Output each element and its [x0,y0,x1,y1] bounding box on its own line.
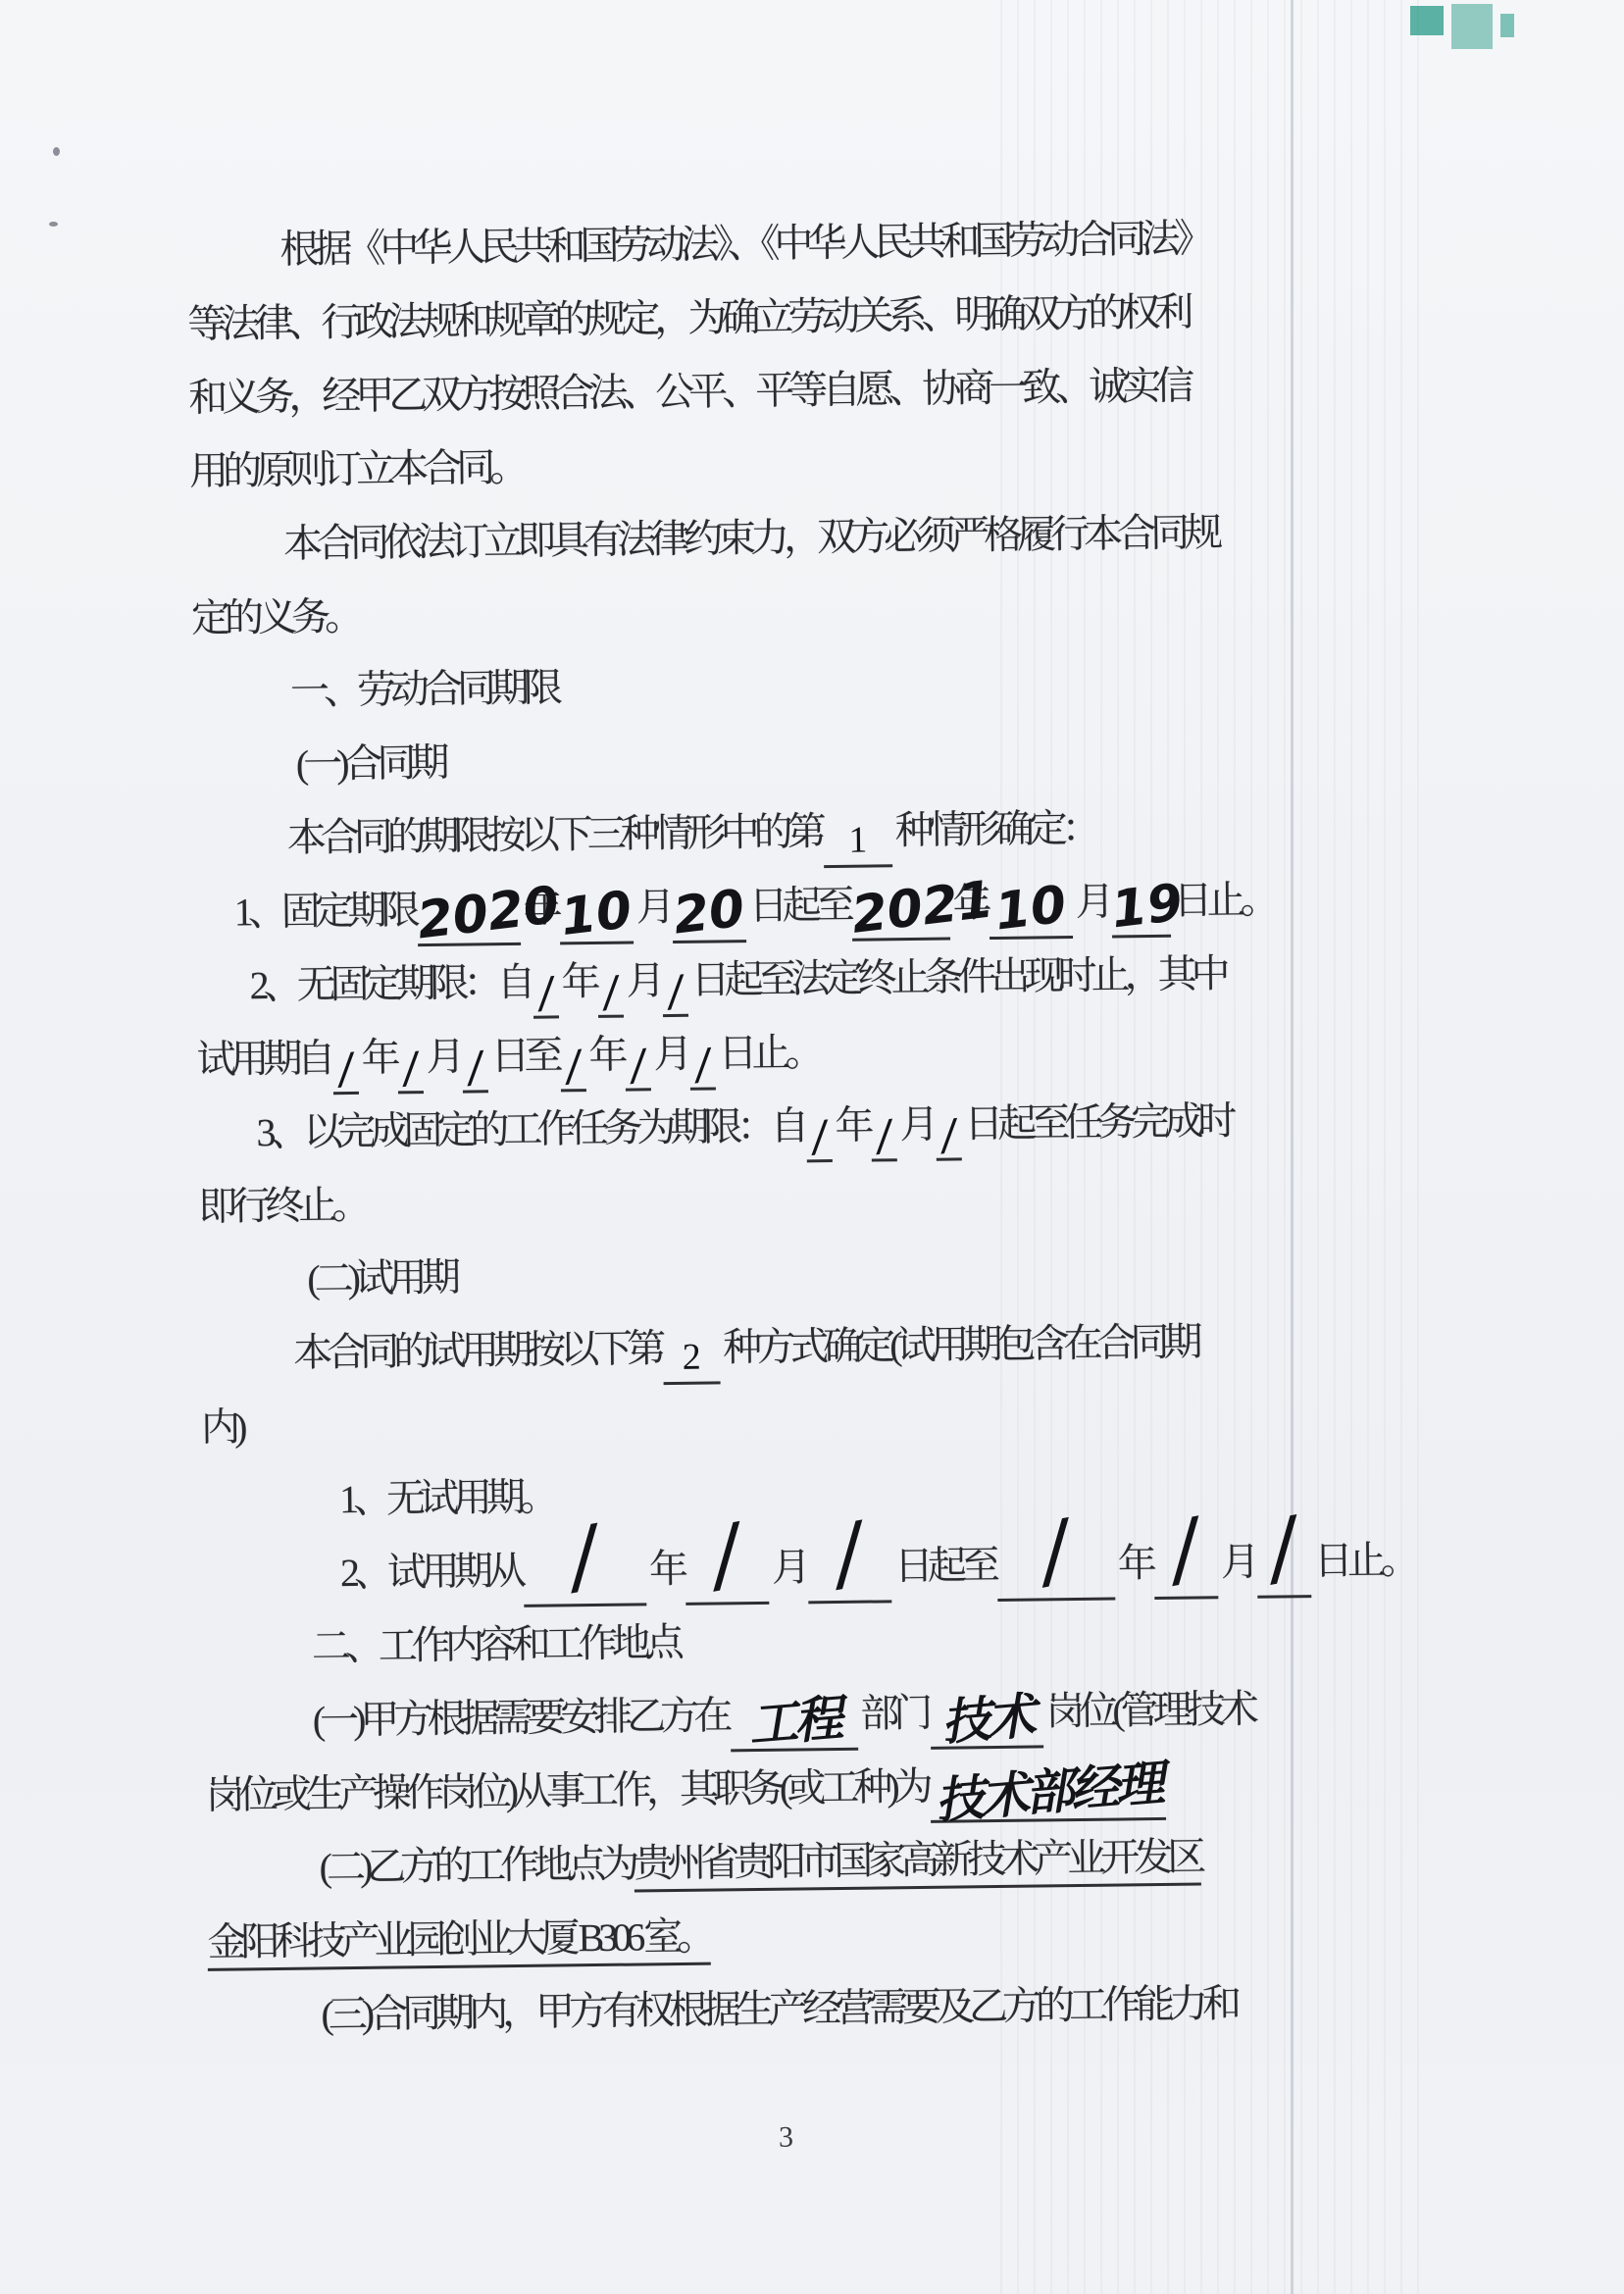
printed-text: 2、无固定期限：自 [249,960,531,1007]
printed-text: 二、工作内容和工作地点 [312,1620,680,1669]
handwriting: 19 [1109,879,1174,937]
printed-text: 1、固定期限 [233,888,415,934]
handwritten-entry: / [997,1543,1116,1602]
handwriting: / [678,1508,774,1601]
printed-text: 月 [426,1035,460,1079]
printed-text: 内) [201,1404,242,1450]
typed-entry-text: 2 [663,1338,720,1376]
document-line: 用的原则订立本合同。 [189,421,1347,508]
printed-text: 岗位(管理技术 [1045,1687,1253,1734]
handwriting: / [531,971,561,1015]
printed-text: 等法律、行政法规和规章的规定，为确立劳动关系、明确双方的权利 [187,290,1188,346]
printed-text: 本合同的试用期按以下第 [293,1326,661,1375]
handwriting: / [660,970,690,1014]
printed-text: 日止。 [718,1030,819,1075]
scan-speck [49,222,58,227]
printed-text: (二)乙方的工作地点为 [319,1842,634,1890]
contract-text-block: 根据《中华人民共和国劳动法》、《中华人民共和国劳动合同法》等法律、行政法规和规章… [186,200,1368,2224]
document-line: 和义务，经甲乙双方按照合法、公平、平等自愿、协商一致、诚实信 [188,347,1346,434]
printed-text: 年 [561,959,595,1003]
printed-text: 月 [626,958,660,1002]
handwriting: 2020 [415,885,523,947]
printed-text: 即行终止。 [198,1183,366,1229]
underlined-text: 金阳科技产业园创业大厦 B306 室。 [207,1914,710,1971]
document-line: 定的义务。 [191,568,1349,655]
printed-text: 本合同依法订立即具有法律约束力，双方必须严格履行本合同规 [283,510,1217,566]
document-line: 一、劳动合同期限 [191,641,1349,729]
document-line: (三)合同期内，甲方有权根据生产经营需要及乙方的工作能力和 [208,1964,1366,2052]
printed-text: (二)试用期 [307,1255,455,1301]
printed-text: 日起至任务完成时 [964,1098,1232,1146]
printed-text: 本合同的期限按以下三种情形中的第 [287,809,822,860]
document-line: 本合同的期限按以下三种情形中的第1种情形确定： [193,789,1351,876]
typed-entry: 1 [823,809,892,868]
handwriting: 10 [557,885,636,943]
handwritten-entry: / [625,1033,651,1091]
handwriting: / [623,1044,653,1088]
handwritten-entry: / [524,1548,647,1607]
printed-text: 岗位或生产操作岗位)从事工作，其职务(或工种)为 [205,1764,927,1817]
document-line: 岗位或生产操作岗位)从事工作，其职务(或工种)为技术部经理 [205,1744,1363,1831]
printed-text: 定的义务。 [191,594,359,640]
printed-text: 1、无试用期。 [339,1475,554,1522]
handwritten-entry: 10 [989,881,1073,940]
handwriting: / [330,1047,361,1092]
document-line: (二)乙方的工作地点为贵州省贵阳市国家高新技术产业开发区 [206,1817,1364,1905]
handwriting: / [687,1043,718,1087]
printed-text: 月 [772,1545,806,1589]
document-line: 二、工作内容和工作地点 [203,1597,1361,1684]
scanner-artifact-green [1500,14,1514,37]
printed-text: 日起至 [748,883,849,928]
handwriting: 技术 [928,1691,1044,1749]
document-line: (一)甲方根据需要安排乙方在工程部门技术岗位(管理技术 [204,1670,1362,1758]
printed-text: 日止。 [1314,1538,1415,1583]
printed-text: 种方式确定(试用期包含在合同期 [723,1319,1197,1369]
handwriting: / [558,1045,588,1089]
handwritten-entry: / [597,960,624,1018]
printed-text: 日起至法定终止条件出现时止，其中 [690,951,1225,1002]
document-line: 内) [201,1376,1359,1463]
handwritten-entry: 20 [672,885,746,943]
document-line: 根据《中华人民共和国劳动法》、《中华人民共和国劳动合同法》 [186,200,1345,287]
handwritten-entry: / [1154,1541,1219,1600]
handwriting: 2021 [849,880,952,942]
typed-entry-text: 1 [824,821,892,859]
document-line: 1、固定期限2020年10月20日起至2021年10月19日止。 [194,862,1352,949]
printed-text: 用的原则订立本合同。 [189,445,524,493]
document-line: 3、以完成固定的工作任务为期限：自/年/月/日起至任务完成时 [197,1083,1355,1170]
printed-text: 月 [1075,880,1109,924]
handwritten-entry: / [332,1037,359,1095]
handwritten-entry: / [685,1547,770,1606]
handwritten-entry: / [806,1104,833,1162]
printed-text: 和义务，经甲乙双方按照合法、公平、平等自愿、协商一致、诚实信 [188,364,1189,420]
handwriting: 工程 [729,1692,860,1751]
document-line: (一)合同期 [192,715,1350,802]
handwritten-entry: 技术部经理 [930,1762,1166,1823]
handwriting: / [595,970,626,1014]
printed-text: 种情形确定： [894,806,1095,852]
document-line: 等法律、行政法规和规章的规定，为确立劳动关系、明确双方的权利 [187,274,1345,361]
printed-text: 月 [635,885,670,929]
typed-entry: 2 [663,1326,721,1385]
scan-speck [53,147,60,156]
handwriting: / [460,1045,490,1090]
handwritten-entry: / [871,1103,897,1161]
handwritten-entry: / [397,1036,424,1094]
handwriting: / [800,1507,896,1600]
handwritten-entry: / [689,1032,716,1090]
printed-text: 日至 [490,1033,558,1078]
handwritten-entry: / [1257,1540,1312,1599]
handwritten-entry: / [560,1034,586,1092]
printed-text: 根据《中华人民共和国劳动法》、《中华人民共和国劳动合同法》 [279,216,1207,272]
printed-text: 月 [653,1032,687,1076]
handwritten-entry: / [533,960,559,1018]
document-line: 即行终止。 [198,1156,1356,1244]
scanned-contract-page: 根据《中华人民共和国劳动法》、《中华人民共和国劳动合同法》等法律、行政法规和规章… [0,0,1624,2294]
printed-text: 年 [649,1547,684,1591]
printed-text: 2、试用期从 [340,1549,522,1595]
printed-text: 部门 [860,1691,928,1736]
handwriting: / [934,1113,964,1157]
printed-text: 年 [361,1035,395,1079]
printed-text: (一)甲方根据需要安排乙方在 [313,1693,728,1742]
printed-text: 年 [835,1103,869,1147]
handwriting: / [395,1046,426,1091]
handwritten-entry: / [662,959,688,1017]
printed-text: 3、以完成固定的工作任务为期限：自 [256,1103,804,1154]
page-number: 3 [779,2121,793,2155]
handwriting: 技术部经理 [929,1759,1167,1826]
printed-text: 一、劳动合同期限 [290,665,558,712]
handwritten-entry: 技术 [930,1690,1043,1749]
printed-text: 月 [899,1102,934,1147]
printed-text: 日起至 [894,1543,995,1588]
printed-text: 年 [1118,1541,1152,1585]
printed-text: (一)合同期 [296,740,444,787]
handwritten-entry: 2021 [851,883,950,942]
printed-text: 试用期自 [196,1036,330,1082]
document-line: 本合同依法订立即具有法律约束力，双方必须严格履行本合同规 [190,494,1348,582]
document-line: 试用期自/年/月/日至/年/月/日止。 [196,1009,1354,1096]
document-line: 金阳科技产业园创业大厦 B306 室。 [207,1891,1365,1978]
handwriting: 10 [987,879,1075,940]
document-line: 本合同的试用期按以下第2种方式确定(试用期包含在合同期 [200,1303,1358,1391]
printed-text: 年 [588,1033,623,1077]
document-line: (二)试用期 [199,1230,1357,1317]
handwriting: 20 [670,883,749,942]
scanner-artifact-green [1410,6,1444,35]
document-line: 2、试用期从/年/月/日起至/年/月/日止。 [202,1523,1360,1610]
handwritten-entry: / [462,1035,488,1093]
handwritten-entry: 10 [559,886,634,944]
handwritten-entry: / [808,1545,892,1604]
handwriting: / [869,1114,899,1158]
document-line: 2、无固定期限：自/年/月/日起至法定终止条件出现时止，其中 [195,936,1353,1023]
printed-text: (三)合同期内，甲方有权根据生产经营需要及乙方的工作能力和 [321,1981,1236,2036]
scanner-artifact-green [1451,4,1493,49]
printed-text: 日止。 [1173,878,1274,923]
handwritten-entry: 工程 [730,1693,858,1753]
underlined-text: 贵州省贵阳市国家高新技术产业开发区 [634,1834,1201,1892]
printed-text: 月 [1221,1540,1255,1584]
handwritten-entry: 2020 [417,888,521,946]
handwritten-entry: / [936,1102,962,1160]
handwriting: / [804,1115,835,1159]
handwritten-entry: 19 [1111,880,1171,939]
